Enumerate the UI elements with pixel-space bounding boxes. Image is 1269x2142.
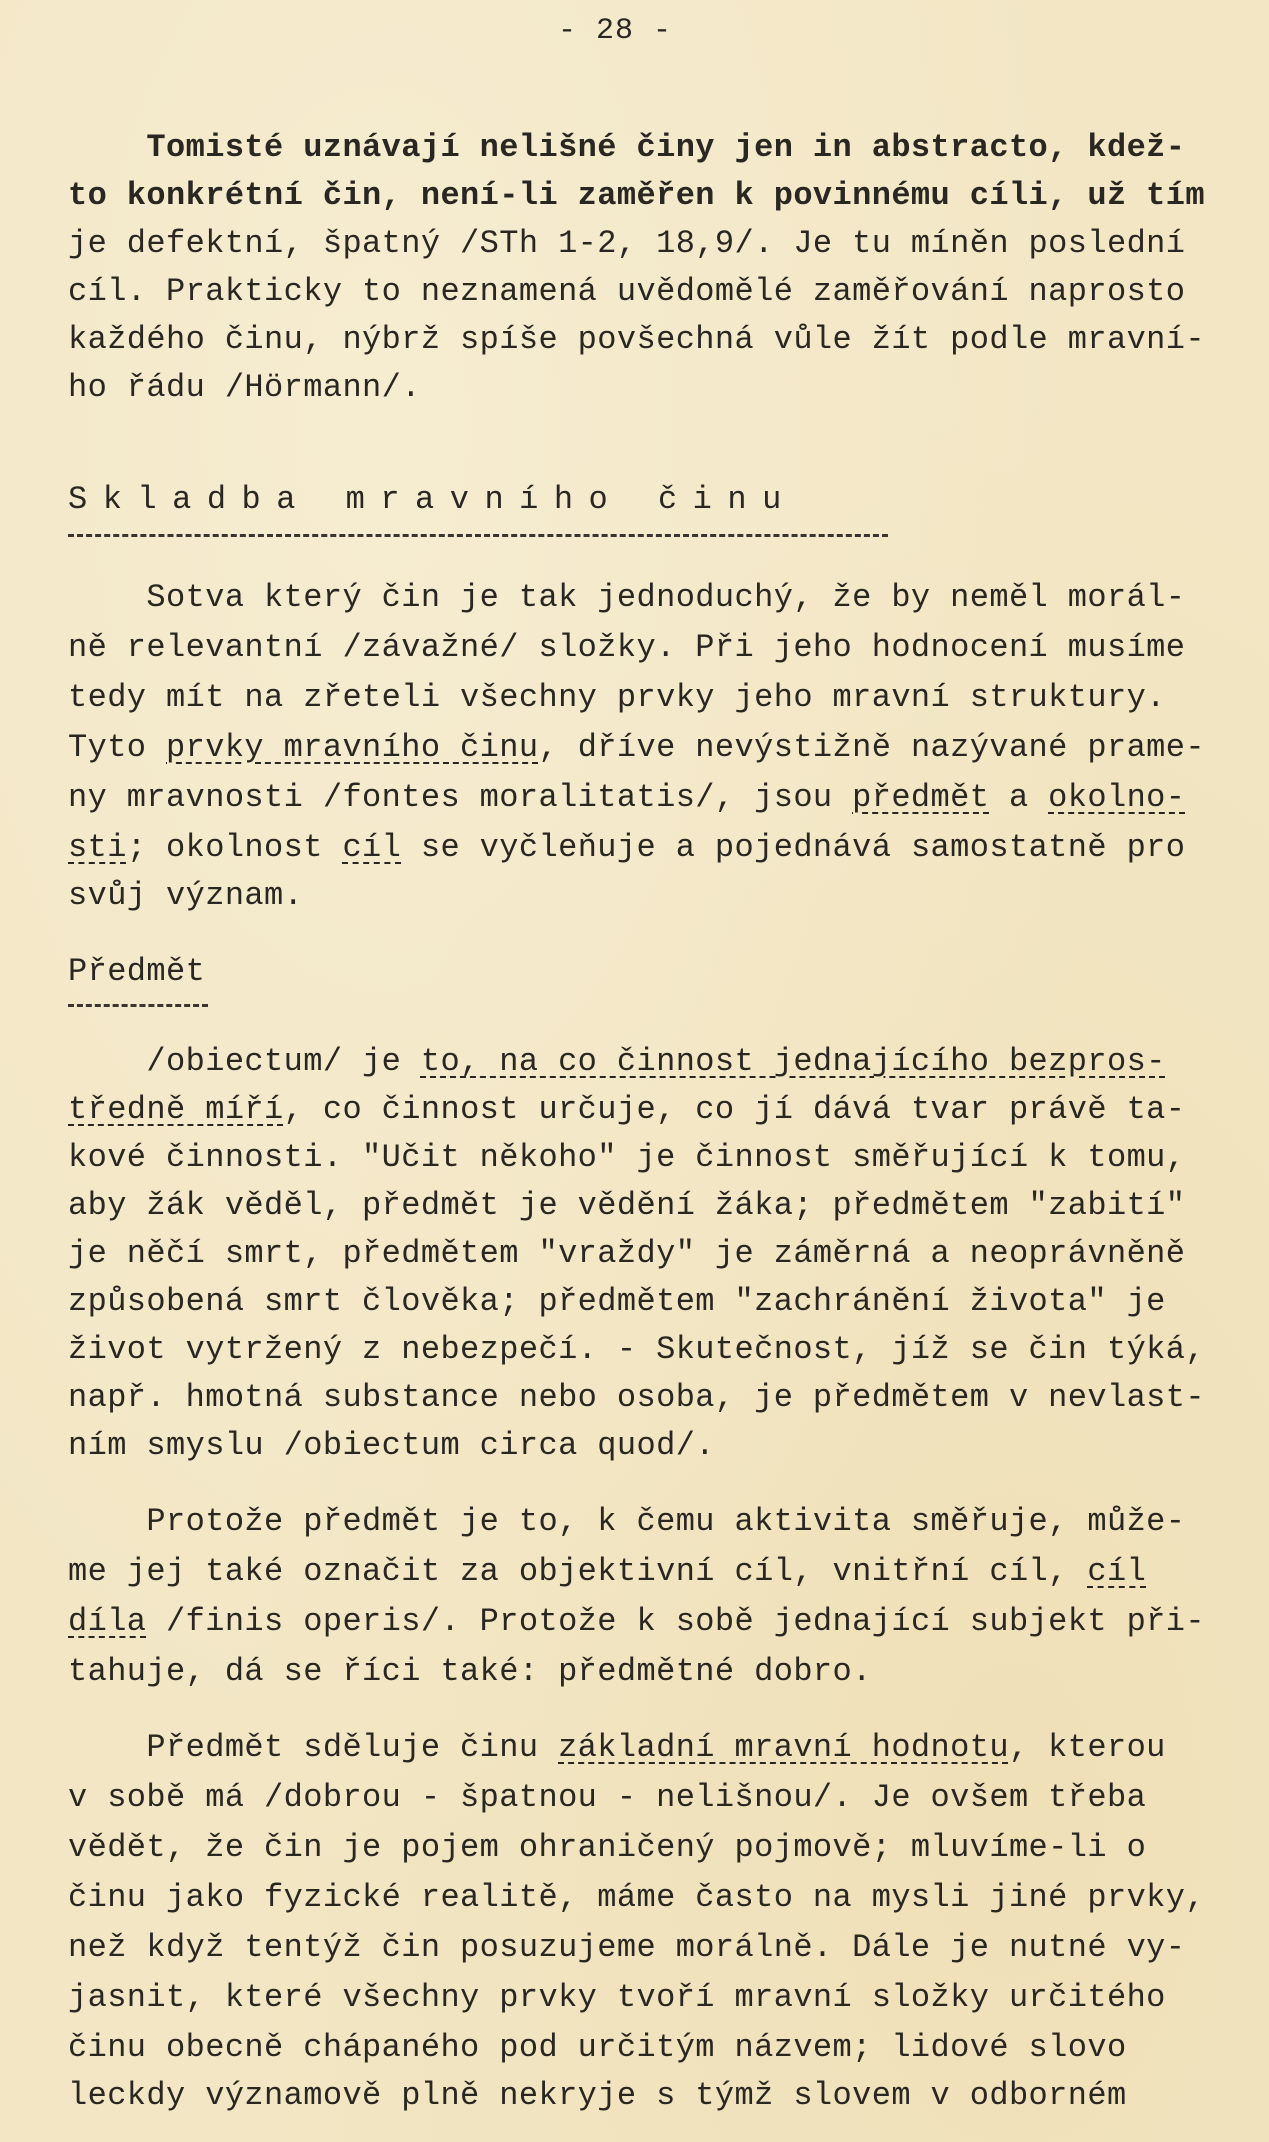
underlined-term: cíl xyxy=(1087,1553,1146,1590)
text-line: svůj význam. xyxy=(68,876,303,916)
underlined-term: okolno- xyxy=(1048,779,1185,816)
text-line: činu obecně chápaného pod určitým názvem… xyxy=(68,2028,1127,2068)
text-line: Tomisté uznávají nelišné činy jen in abs… xyxy=(68,128,1185,168)
text-line: leckdy významově plně nekryje s týmž slo… xyxy=(68,2076,1127,2116)
text-line: /obiectum/ je to, na co činnost jednajíc… xyxy=(68,1042,1166,1082)
text-line: Sotva který čin je tak jednoduchý, že by… xyxy=(68,578,1185,618)
underlined-term: díla xyxy=(68,1603,146,1640)
section-heading: Skladba mravního činu xyxy=(68,480,797,520)
underlined-term: prvky mravního činu xyxy=(166,729,538,766)
text-line: tředně míří, co činnost určuje, co jí dá… xyxy=(68,1090,1185,1130)
text-line: Protože předmět je to, k čemu aktivita s… xyxy=(68,1502,1185,1542)
text-line: činu jako fyzické realitě, máme často na… xyxy=(68,1878,1205,1918)
text-line: aby žák věděl, předmět je vědění žáka; p… xyxy=(68,1186,1185,1226)
text-line: cíl. Prakticky to neznamená uvědomělé za… xyxy=(68,272,1185,312)
text-line: tedy mít na zřeteli všechny prvky jeho m… xyxy=(68,678,1166,718)
text-line: každého činu, nýbrž spíše povšechná vůle… xyxy=(68,320,1205,360)
text-line: v sobě má /dobrou - špatnou - nelišnou/.… xyxy=(68,1778,1146,1818)
text-line: kové činnosti. "Učit někoho" je činnost … xyxy=(68,1138,1185,1178)
text-line: je defektní, špatný /STh 1-2, 18,9/. Je … xyxy=(68,224,1185,264)
underlined-term: to, na co činnost jednajícího bezpros- xyxy=(421,1043,1166,1080)
text-line: díla /finis operis/. Protože k sobě jedn… xyxy=(68,1602,1205,1642)
text-line: vědět, že čin je pojem ohraničený pojmov… xyxy=(68,1828,1146,1868)
text-line: jasnit, které všechny prvky tvoří mravní… xyxy=(68,1978,1166,2018)
text-line: Tyto prvky mravního činu, dříve nevýstiž… xyxy=(68,728,1205,768)
underlined-term: předmět xyxy=(852,779,989,816)
text-line: je něčí smrt, předmětem "vraždy" je zámě… xyxy=(68,1234,1185,1274)
underlined-term: základní mravní hodnotu xyxy=(558,1729,1009,1766)
text-line: ny mravnosti /fontes moralitatis/, jsou … xyxy=(68,778,1185,818)
text-line: život vytržený z nebezpečí. - Skutečnost… xyxy=(68,1330,1205,1370)
text-line: Předmět sděluje činu základní mravní hod… xyxy=(68,1728,1166,1768)
section-heading: Předmět xyxy=(68,952,205,992)
underlined-term: sti xyxy=(68,829,127,866)
heading-underline xyxy=(68,534,888,537)
text-line: to konkrétní čin, není-li zaměřen k povi… xyxy=(68,176,1205,216)
text-line: me jej také označit za objektivní cíl, v… xyxy=(68,1552,1146,1592)
underlined-term: tředně míří xyxy=(68,1091,284,1128)
text-line: tahuje, dá se říci také: předmětné dobro… xyxy=(68,1652,872,1692)
text-line: způsobená smrt člověka; předmětem "zachr… xyxy=(68,1282,1166,1322)
text-line: např. hmotná substance nebo osoba, je př… xyxy=(68,1378,1205,1418)
text-line: sti; okolnost cíl se vyčleňuje a pojedná… xyxy=(68,828,1185,868)
heading-underline xyxy=(68,1004,208,1007)
text-line: než když tentýž čin posuzujeme morálně. … xyxy=(68,1928,1185,1968)
underlined-term: cíl xyxy=(342,829,401,866)
text-line: ním smyslu /obiectum circa quod/. xyxy=(68,1426,715,1466)
text-line: ně relevantní /závažné/ složky. Při jeho… xyxy=(68,628,1185,668)
text-line: ho řádu /Hörmann/. xyxy=(68,368,421,408)
page-number: - 28 - xyxy=(0,14,1230,48)
